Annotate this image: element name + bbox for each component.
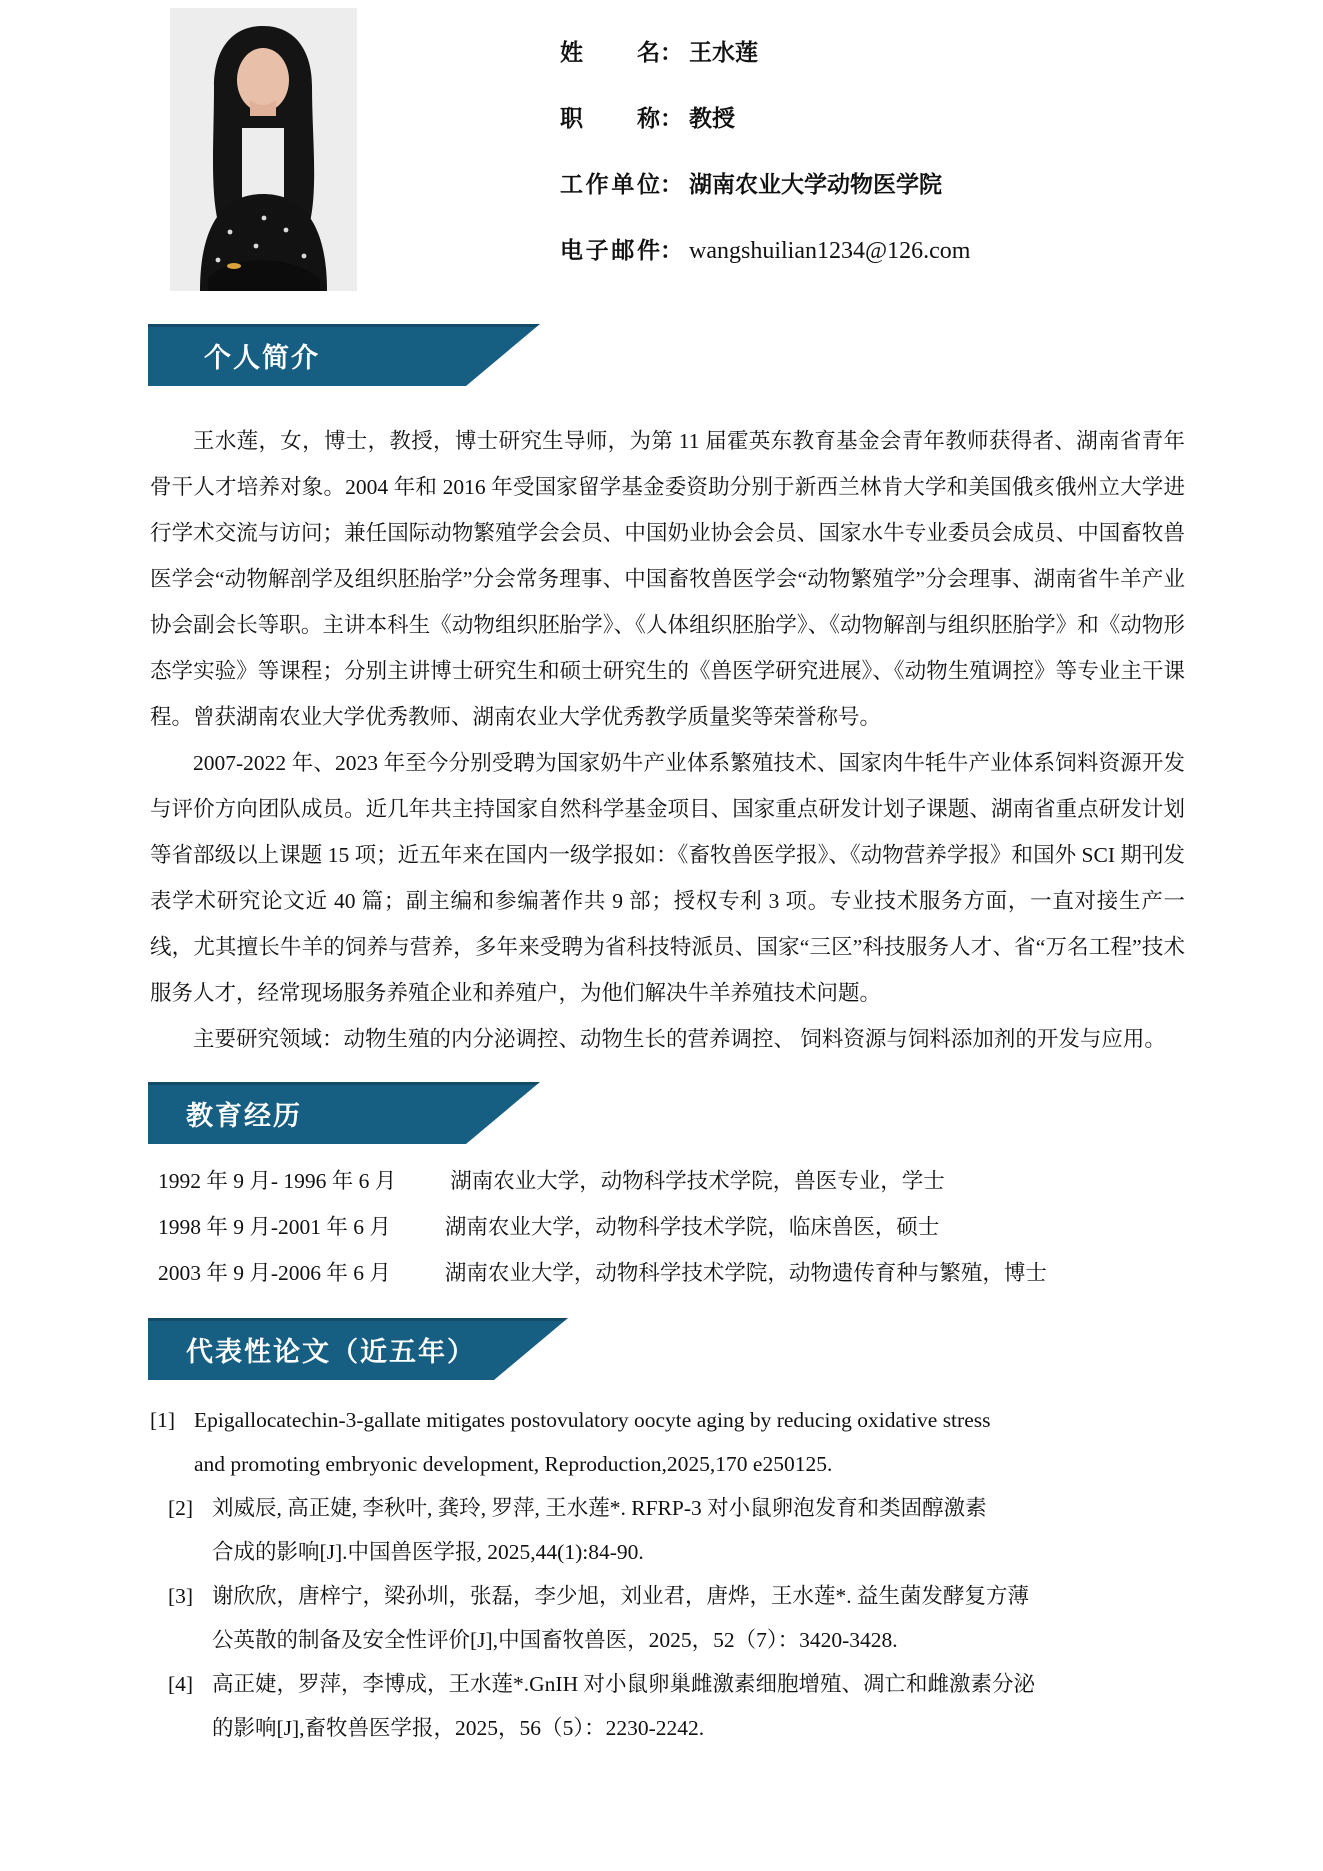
affiliation-label: 工作单位 [560,166,660,199]
paper-marker: [3] [168,1574,193,1618]
section-banner-papers: 代表性论文（近五年） [148,1318,568,1380]
education-row: 1998 年 9 月-2001 年 6 月湖南农业大学，动物科学技术学院，临床兽… [158,1204,1203,1250]
portrait-photo-image [170,8,357,291]
name-colon: ： [660,34,683,67]
info-row-email: 电子邮件：wangshuilian1234@126.com [560,232,970,260]
email-value: wangshuilian1234@126.com [689,238,970,264]
education-detail: 湖南农业大学，动物科学技术学院，临床兽医，硕士 [445,1215,940,1239]
section-title-education: 教育经历 [186,1094,302,1133]
education-detail: 湖南农业大学，动物科学技术学院，动物遗传育种与繁殖，博士 [445,1261,1047,1285]
paper-marker: [1] [150,1398,175,1442]
section-title-intro: 个人简介 [204,336,320,375]
basic-info: 姓名：王水莲 职称：教授 工作单位：湖南农业大学动物医学院 电子邮件：wangs… [560,34,970,298]
paper-marker: [2] [168,1486,193,1530]
info-row-name: 姓名：王水莲 [560,34,970,62]
paper-text: 谢欣欣，唐梓宁，梁孙圳，张磊，李少旭，刘业君，唐烨，王水莲*. 益生菌发酵复方薄… [212,1584,1029,1652]
paper-item: [2]刘威辰, 高正婕, 李秋叶, 龚玲, 罗萍, 王水莲*. RFRP-3 对… [168,1486,1193,1574]
affiliation-value: 湖南农业大学动物医学院 [689,171,942,197]
education-row: 2003 年 9 月-2006 年 6 月湖南农业大学，动物科学技术学院，动物遗… [158,1250,1203,1296]
affiliation-colon: ： [660,166,683,199]
paper-text: Epigallocatechin-3-gallate mitigates pos… [194,1408,990,1476]
section-banner-intro: 个人简介 [148,324,540,386]
paper-item: [3]谢欣欣，唐梓宁，梁孙圳，张磊，李少旭，刘业君，唐烨，王水莲*. 益生菌发酵… [168,1574,1193,1662]
education-list: 1992 年 9 月- 1996 年 6 月湖南农业大学，动物科学技术学院，兽医… [158,1158,1203,1296]
title-label: 职称 [560,100,660,133]
email-colon: ： [660,232,683,265]
education-row: 1992 年 9 月- 1996 年 6 月湖南农业大学，动物科学技术学院，兽医… [158,1158,1203,1204]
name-value: 王水莲 [689,39,758,65]
portrait-photo [170,8,357,291]
education-period: 1998 年 9 月-2001 年 6 月 [158,1204,391,1250]
education-period: 2003 年 9 月-2006 年 6 月 [158,1250,391,1296]
paper-item: [1]Epigallocatechin-3-gallate mitigates … [150,1398,1193,1486]
paper-item: [4]高正婕，罗萍，李博成，王水莲*.GnIH 对小鼠卵巢雌激素细胞增殖、凋亡和… [168,1662,1193,1750]
info-row-affiliation: 工作单位：湖南农业大学动物医学院 [560,166,970,194]
intro-paragraphs: 王水莲，女，博士，教授，博士研究生导师，为第 11 届霍英东教育基金会青年教师获… [150,418,1185,1062]
info-row-title: 职称：教授 [560,100,970,128]
paper-marker: [4] [168,1662,193,1706]
profile-header: 姓名：王水莲 职称：教授 工作单位：湖南农业大学动物医学院 电子邮件：wangs… [0,0,1323,302]
name-label: 姓名 [560,34,660,67]
section-title-papers: 代表性论文（近五年） [186,1330,476,1369]
paper-text: 高正婕，罗萍，李博成，王水莲*.GnIH 对小鼠卵巢雌激素细胞增殖、凋亡和雌激素… [212,1672,1035,1740]
education-detail: 湖南农业大学，动物科学技术学院，兽医专业，学士 [450,1169,945,1193]
papers-list: [1]Epigallocatechin-3-gallate mitigates … [150,1398,1193,1750]
education-period: 1992 年 9 月- 1996 年 6 月 [158,1158,396,1204]
section-banner-education: 教育经历 [148,1082,540,1144]
intro-paragraph: 主要研究领域：动物生殖的内分泌调控、动物生长的营养调控、 饲料资源与饲料添加剂的… [150,1016,1185,1062]
email-label: 电子邮件 [560,232,660,265]
title-value: 教授 [689,105,735,131]
title-colon: ： [660,100,683,133]
intro-paragraph: 2007-2022 年、2023 年至今分别受聘为国家奶牛产业体系繁殖技术、国家… [150,740,1185,1016]
faculty-profile-page: 姓名：王水莲 职称：教授 工作单位：湖南农业大学动物医学院 电子邮件：wangs… [0,0,1323,1871]
paper-text: 刘威辰, 高正婕, 李秋叶, 龚玲, 罗萍, 王水莲*. RFRP-3 对小鼠卵… [212,1496,987,1564]
intro-paragraph: 王水莲，女，博士，教授，博士研究生导师，为第 11 届霍英东教育基金会青年教师获… [150,418,1185,740]
